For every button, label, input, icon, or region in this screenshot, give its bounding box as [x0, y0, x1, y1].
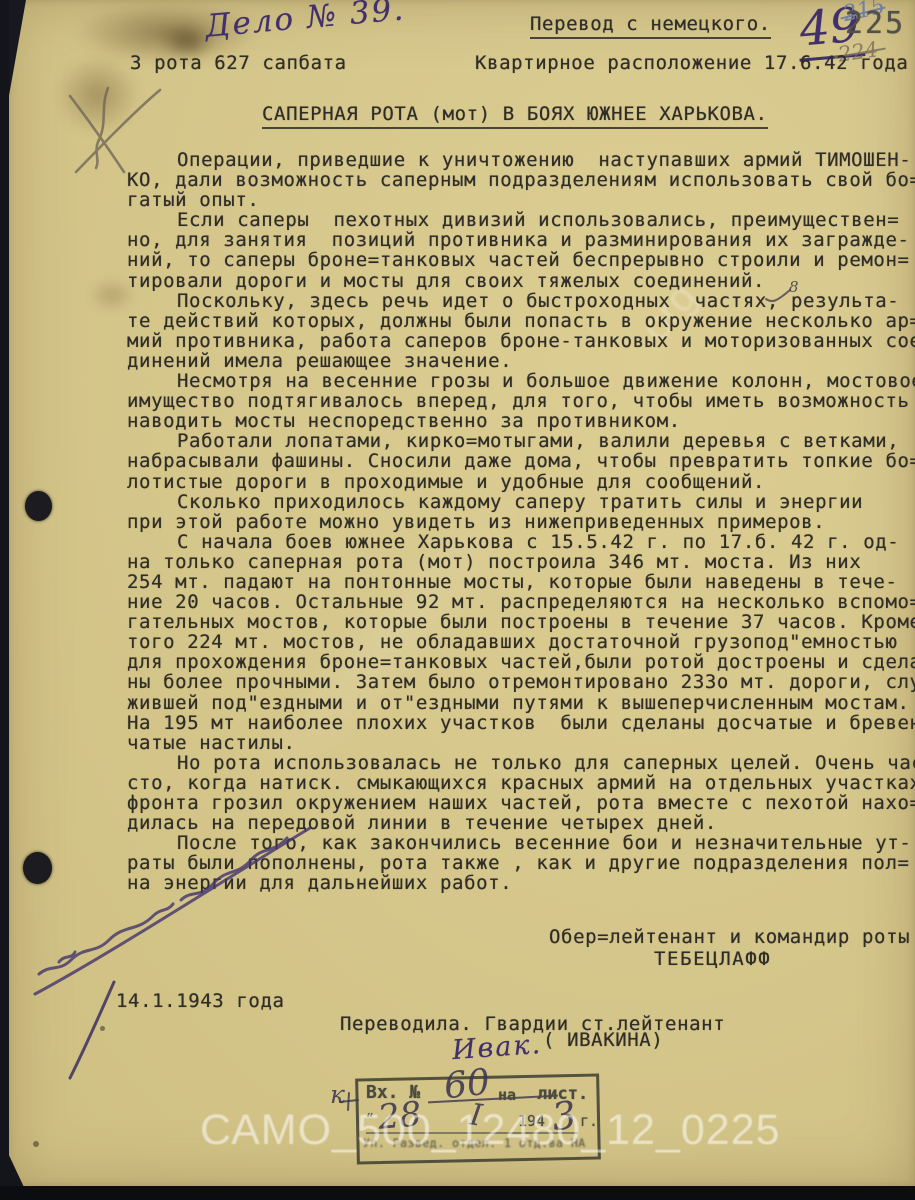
body-line: но, для занятия позиций противника и раз… — [127, 230, 915, 250]
body-line: С начала боев южнее Харькова с 15.5.42 г… — [127, 532, 915, 552]
body-line: динений имела решающее значение. — [127, 351, 915, 371]
body-text: Операции, приведшие к уничтожению наступ… — [127, 150, 915, 893]
body-line: На 195 мт наиболее плохих участков были … — [127, 713, 915, 733]
body-line: Сколько приходилось каждому саперу трати… — [127, 492, 915, 512]
body-line: имущество подтягивалось вперед, для того… — [127, 391, 915, 411]
body-line: КО, дали возможность саперным подразделе… — [127, 170, 915, 190]
stamp-na-label: на — [498, 1086, 516, 1104]
speck — [33, 1141, 39, 1147]
body-line: Операции, приведшие к уничтожению наступ… — [127, 150, 915, 170]
translator-signature: Ивак. — [451, 1029, 543, 1066]
body-line: при этой работе можно увидеть из нижепри… — [127, 512, 915, 532]
body-line: 254 мт. падают на понтонные мосты, котор… — [127, 572, 915, 592]
document-title: САПЕРНАЯ РОТА (мот) В БОЯХ ЮЖНЕЕ ХАРЬКОВ… — [262, 104, 768, 124]
scan-edge-left — [0, 0, 9, 1200]
archive-watermark: САМО_500_12480_12_0225 — [200, 1106, 781, 1155]
body-line: лотистые дороги в проходимые и удобные д… — [127, 472, 915, 492]
punch-hole-top — [25, 491, 52, 521]
body-line: Но рота использовалась не только для сап… — [127, 753, 915, 773]
signature-role-line: Обер=лейтенант и командир роты — [549, 927, 910, 947]
ink-flourish — [62, 978, 122, 1083]
unit-line: 3 рота 627 сапбата — [130, 53, 347, 73]
location-line: Квартирное расположение 17.6.42 года — [475, 53, 908, 73]
folio-number-stamp: 225 — [845, 14, 905, 34]
signature-name: ТЕБЕЦЛАФФ — [654, 949, 771, 969]
body-line: сто, когда натиск. смыкающихся красных а… — [127, 773, 915, 793]
body-line: Несмотря на весенние грозы и большое дви… — [127, 371, 915, 391]
body-line: гатый опыт. — [127, 190, 915, 210]
body-line: те действий которых, должны были попасть… — [127, 311, 915, 331]
body-line: чатые настилы. — [127, 733, 915, 753]
body-line: фронта грозил окружением наших частей, р… — [127, 793, 915, 813]
translator-name: ( ИВАКИНА) — [543, 1030, 663, 1050]
body-line: гательных мостов, которые были построены… — [127, 612, 915, 632]
body-line: для прохождения броне=танковых частей,бы… — [127, 652, 915, 672]
punch-hole-bottom — [23, 852, 52, 884]
body-line: мий противника, работа саперов броне-тан… — [127, 331, 915, 351]
body-line: ний, то саперы броне=танковых частей бес… — [127, 250, 915, 270]
body-line: Работали лопатами, кирко=мотыгами, валил… — [127, 431, 915, 451]
scan-edge-bottom — [0, 1186, 915, 1200]
body-line: набрасывали фашины. Сносили даже дома, ч… — [127, 451, 915, 471]
check-mark — [764, 288, 792, 306]
translation-heading: Перевод с немецкого. — [530, 14, 771, 34]
body-line: жившей под"ездными и от"ездными путями к… — [127, 693, 915, 713]
body-line: Если саперы пехотных дивизий использовал… — [127, 210, 915, 230]
body-line: на только саперная рота (мот) построила … — [127, 552, 915, 572]
body-line: ны более прочными. Затем было отремонтир… — [127, 672, 915, 692]
body-line: наводить мосты неспоредственно за против… — [127, 411, 915, 431]
date-line: 14.1.1943 года — [116, 991, 285, 1011]
body-line: того 224 мт. мостов, не обладавших доста… — [127, 632, 915, 652]
body-line: ние 20 часов. Остальные 92 мт. распредел… — [127, 592, 915, 612]
document-scan: org Дело № 39. Перевод с немецкого. 49 2… — [0, 0, 915, 1200]
